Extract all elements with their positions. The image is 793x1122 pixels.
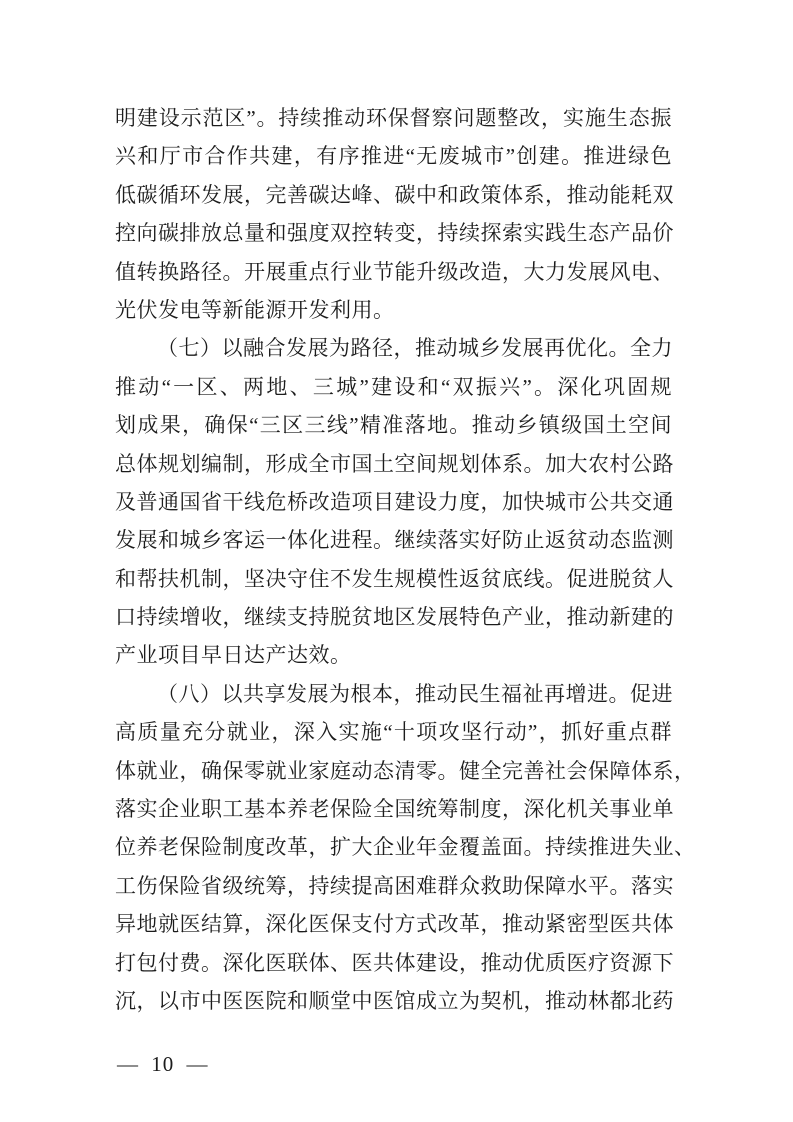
text-line: （八）以共享发展为根本，推动民生福祉再增进。促进 [115,675,672,713]
text-line: 总体规划编制，形成全市国土空间规划体系。加大农村公路 [115,445,672,483]
text-line: 划成果，确保“三区三线”精准落地。推动乡镇级国土空间 [115,406,672,444]
text-line: 值转换路径。开展重点行业节能升级改造，大力发展风电、 [115,253,672,291]
text-line: 及普通国省干线危桥改造项目建设力度，加快城市公共交通 [115,483,672,521]
text-line: 高质量充分就业，深入实施“十项攻坚行动”，抓好重点群 [115,713,672,751]
text-line: 推动“一区、两地、三城”建设和“双振兴”。深化巩固规 [115,368,672,406]
paragraph-lead-sentence: （七）以融合发展为路径，推动城乡发展再优化。 [157,336,630,360]
text-line: 发展和城乡客运一体化进程。继续落实好防止返贫动态监测 [115,521,672,559]
text-line: 兴和厅市合作共建，有序推进“无废城市”创建。推进绿色 [115,137,672,175]
paragraph: 明建设示范区”。持续推动环保督察问题整改，实施生态振兴和厅市合作共建，有序推进“… [115,99,672,329]
paragraph: （八）以共享发展为根本，推动民生福祉再增进。促进高质量充分就业，深入实施“十项攻… [115,675,672,1021]
text-line: 沉，以市中医医院和顺堂中医馆成立为契机，推动林都北药 [115,982,672,1020]
text-line: 和帮扶机制，坚决守住不发生规模性返贫底线。促进脱贫人 [115,560,672,598]
text-line: 工伤保险省级统筹，持续提高困难群众救助保障水平。落实 [115,867,672,905]
text-block: 明建设示范区”。持续推动环保督察问题整改，实施生态振兴和厅市合作共建，有序推进“… [115,99,672,1020]
text-line: 产业项目早日达产达效。 [115,636,672,674]
page-number: — 10 — [117,1052,209,1077]
text-line: 口持续增收，继续支持脱贫地区发展特色产业，推动新建的 [115,598,672,636]
text-line: 落实企业职工基本养老保险全国统筹制度，深化机关事业单 [115,790,672,828]
text-line: 明建设示范区”。持续推动环保督察问题整改，实施生态振 [115,99,672,137]
text-line: 异地就医结算，深化医保支付方式改革，推动紧密型医共体 [115,905,672,943]
paragraph: （七）以融合发展为路径，推动城乡发展再优化。全力推动“一区、两地、三城”建设和“… [115,329,672,675]
document-page: 明建设示范区”。持续推动环保督察问题整改，实施生态振兴和厅市合作共建，有序推进“… [0,0,793,1122]
text-line: 低碳循环发展，完善碳达峰、碳中和政策体系，推动能耗双 [115,176,672,214]
text-line: （七）以融合发展为路径，推动城乡发展再优化。全力 [115,329,672,367]
text-line: 体就业，确保零就业家庭动态清零。健全完善社会保障体系， [115,752,672,790]
paragraph-lead-sentence: （八）以共享发展为根本，推动民生福祉再增进。 [157,682,630,706]
text-line: 位养老保险制度改革，扩大企业年金覆盖面。持续推进失业、 [115,828,672,866]
text-line: 打包付费。深化医联体、医共体建设，推动优质医疗资源下 [115,944,672,982]
text-line: 光伏发电等新能源开发利用。 [115,291,672,329]
text-line: 控向碳排放总量和强度双控转变，持续探索实践生态产品价 [115,214,672,252]
